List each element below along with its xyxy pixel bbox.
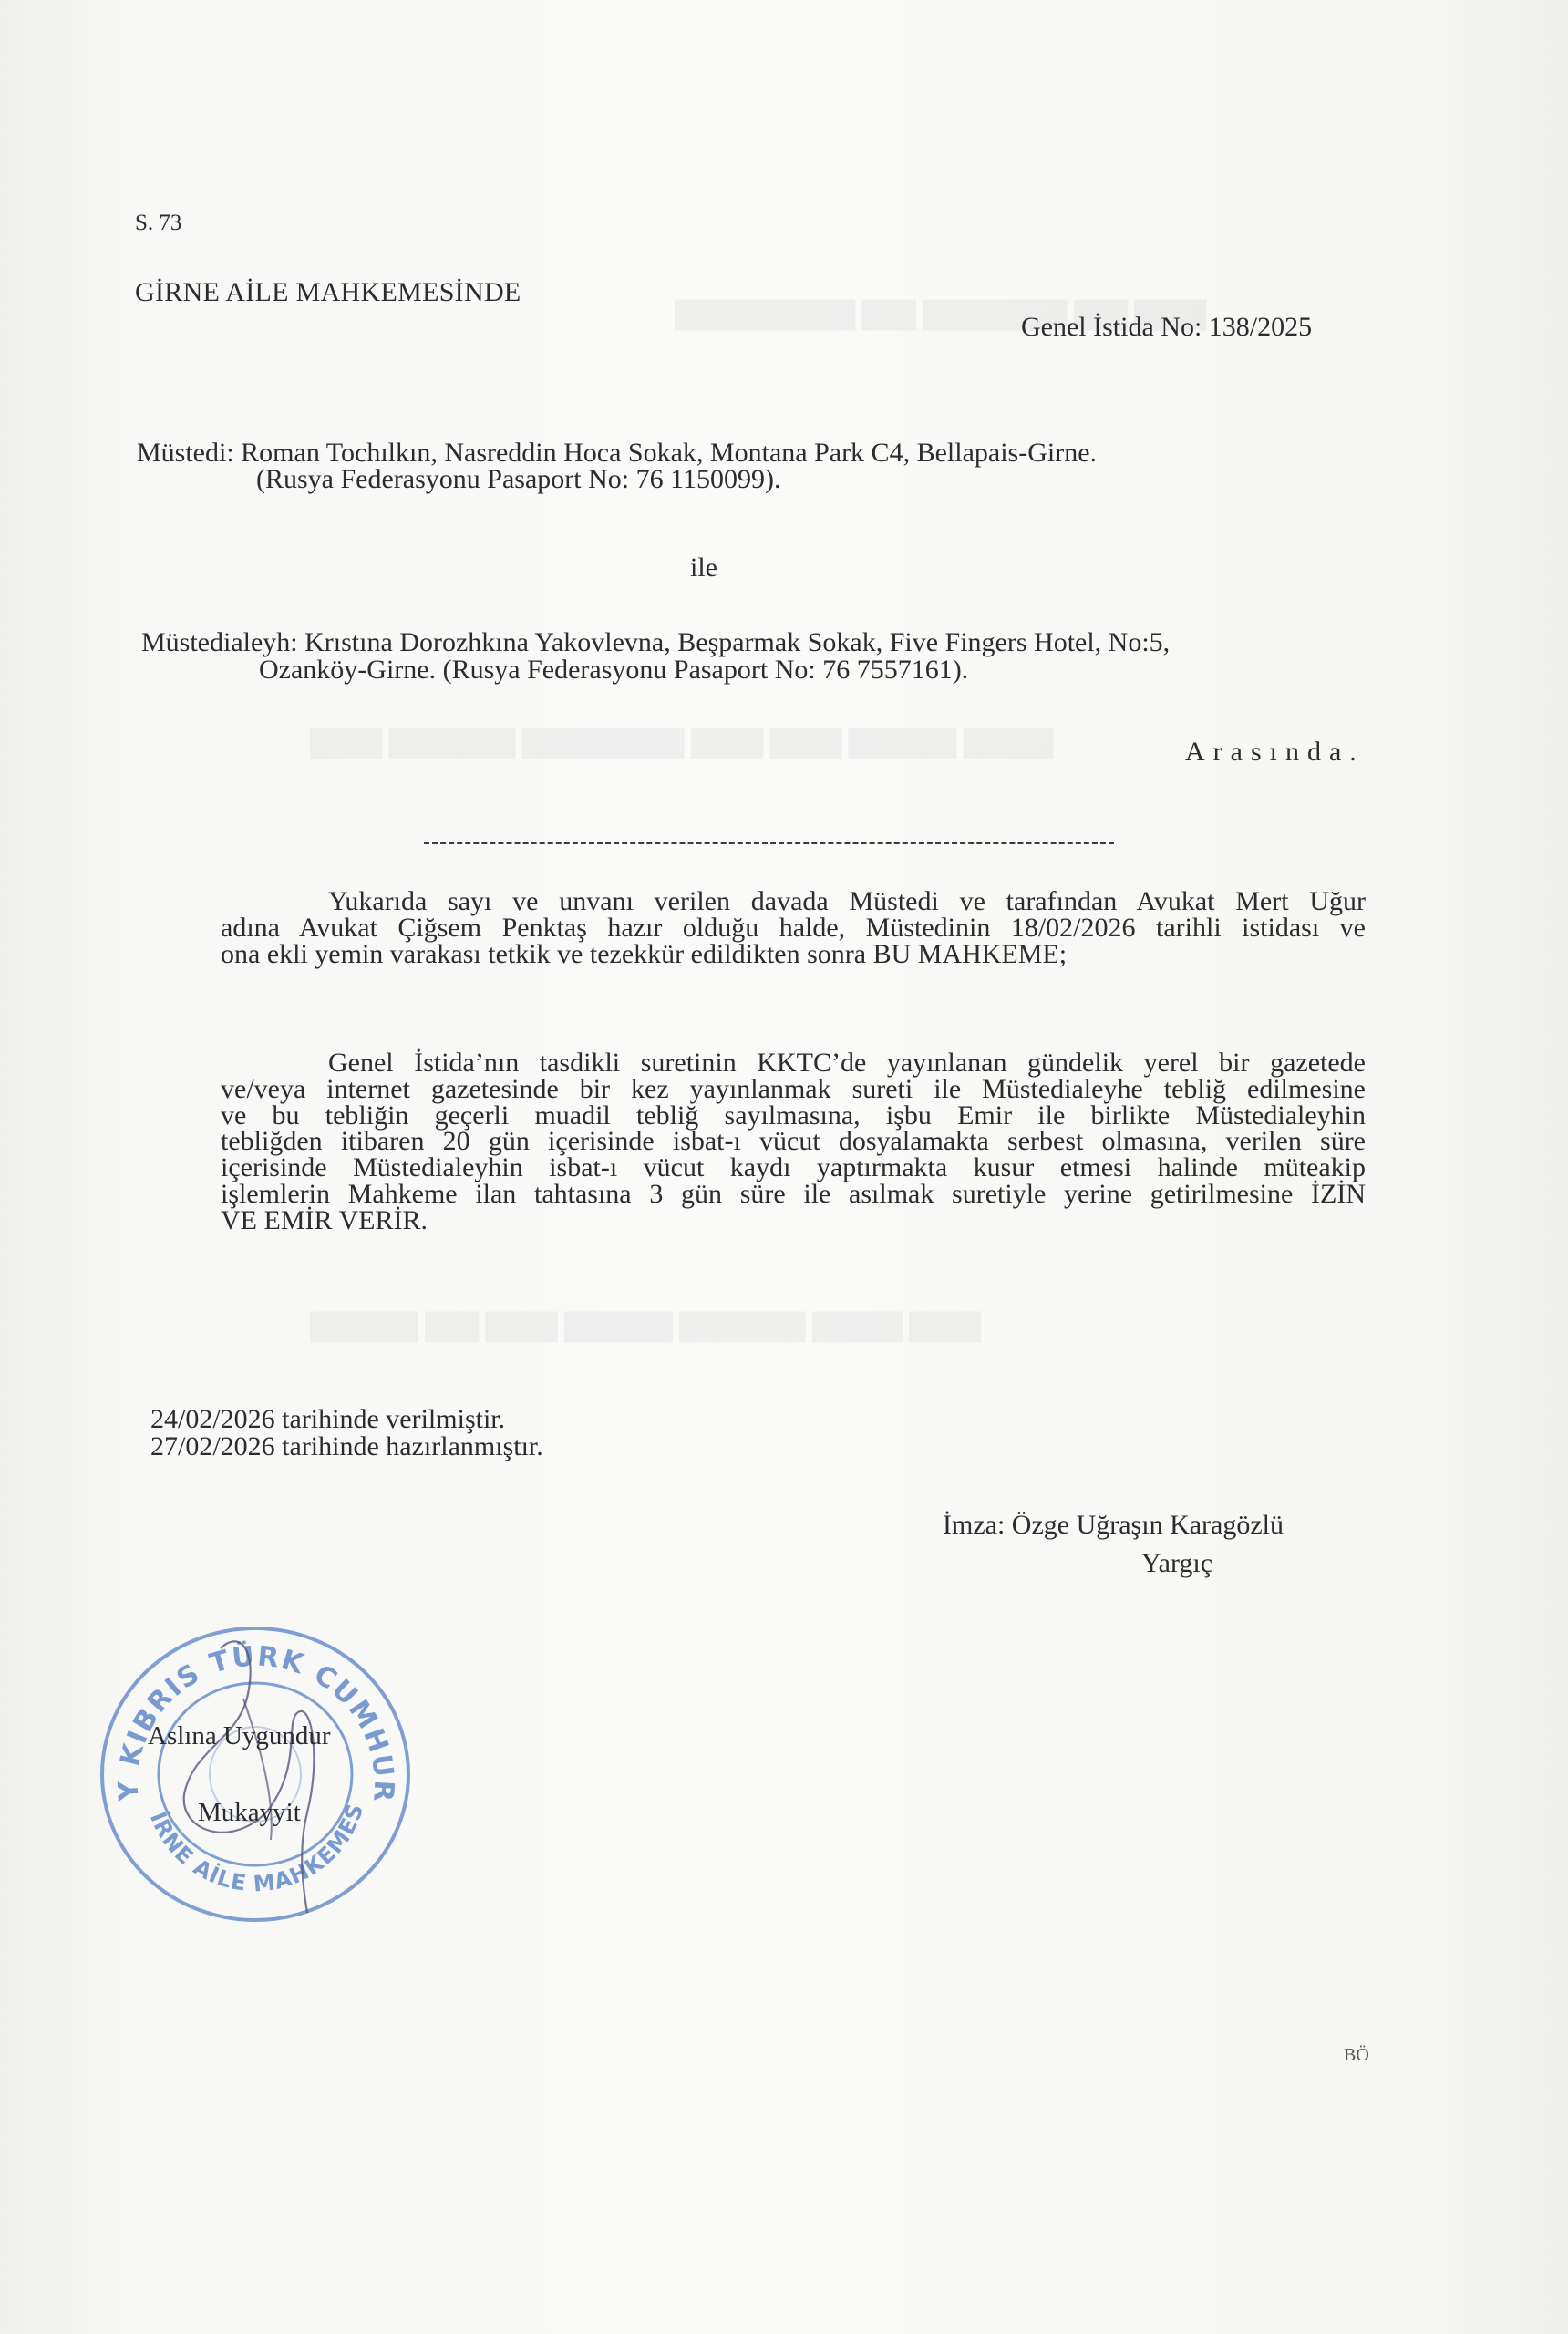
paragraph-order: Genel İstida’nın tasdikli suretinin KKTC…	[221, 1050, 1366, 1234]
applicant-line-2: (Rusya Federasyonu Pasaport No: 76 11500…	[256, 466, 780, 493]
paragraph-line: tebliğden itibaren 20 gün içerisinde isb…	[221, 1129, 1366, 1155]
between-label: Arasında.	[1185, 738, 1365, 766]
bleed-through-text: █████ ██████ ████ ████ █████████ ███████…	[310, 729, 1054, 759]
stamp-certified-text: Aslına Uygundur	[148, 1723, 331, 1750]
stamp-registrar-text: Mukayyit	[198, 1800, 301, 1826]
respondent-line-2: Ozanköy-Girne. (Rusya Federasyonu Pasapo…	[259, 656, 968, 684]
paragraph-line: Yukarıda sayı ve unvanı verilen davada M…	[221, 889, 1366, 915]
paragraph-line: ona ekli yemin varakası tetkik ve tezekk…	[221, 942, 1366, 968]
date-given: 24/02/2026 tarihinde verilmiştir.	[150, 1406, 505, 1433]
signature-title: Yargıç	[1141, 1550, 1212, 1577]
paragraph-line: işlemlerin Mahkeme ilan tahtasına 3 gün …	[221, 1182, 1366, 1208]
paragraph-line: ve bu tebliğin geçerli muadil tebliğ say…	[221, 1103, 1366, 1130]
bleed-through-text: ████ █████ ███████ ██████ ████ ███ █████…	[310, 1313, 981, 1342]
paragraph-line: adına Avukat Çiğsem Penktaş hazır olduğu…	[221, 915, 1366, 942]
applicant-line-1: Müstedi: Roman Tochılkın, Nasreddin Hoca…	[137, 439, 1097, 467]
document-page: ████ ███ ████████ ███ ██████████ █████ █…	[0, 0, 1568, 2334]
stamp-seal-icon: KUZEY KIBRIS TÜRK CUMHURİYETİ GİRNE AİLE…	[84, 1612, 430, 1931]
connector-ile: ile	[690, 554, 717, 582]
paragraph-preamble: Yukarıda sayı ve unvanı verilen davada M…	[221, 889, 1366, 967]
case-number: Genel İstida No: 138/2025	[1021, 314, 1312, 341]
court-header: GİRNE AİLE MAHKEMESİNDE	[135, 279, 521, 306]
paragraph-line: Genel İstida’nın tasdikli suretinin KKTC…	[221, 1050, 1366, 1077]
form-number: S. 73	[135, 212, 181, 234]
date-prepared: 27/02/2026 tarihinde hazırlanmıştır.	[150, 1433, 543, 1461]
court-stamp: KUZEY KIBRIS TÜRK CUMHURİYETİ GİRNE AİLE…	[84, 1612, 430, 1931]
respondent-line-1: Müstedialeyh: Krıstına Dorozhkına Yakovl…	[141, 629, 1170, 656]
paragraph-line: VE EMİR VERİR.	[221, 1208, 1366, 1234]
paragraph-line: içerisinde Müstedialeyhin isbat-ı vücut …	[221, 1155, 1366, 1182]
separator-line	[424, 842, 1114, 844]
initials: BÖ	[1344, 2046, 1369, 2064]
paragraph-line: ve/veya internet gazetesinde bir kez yay…	[221, 1077, 1366, 1103]
signature-name: İmza: Özge Uğraşın Karagözlü	[943, 1512, 1284, 1539]
